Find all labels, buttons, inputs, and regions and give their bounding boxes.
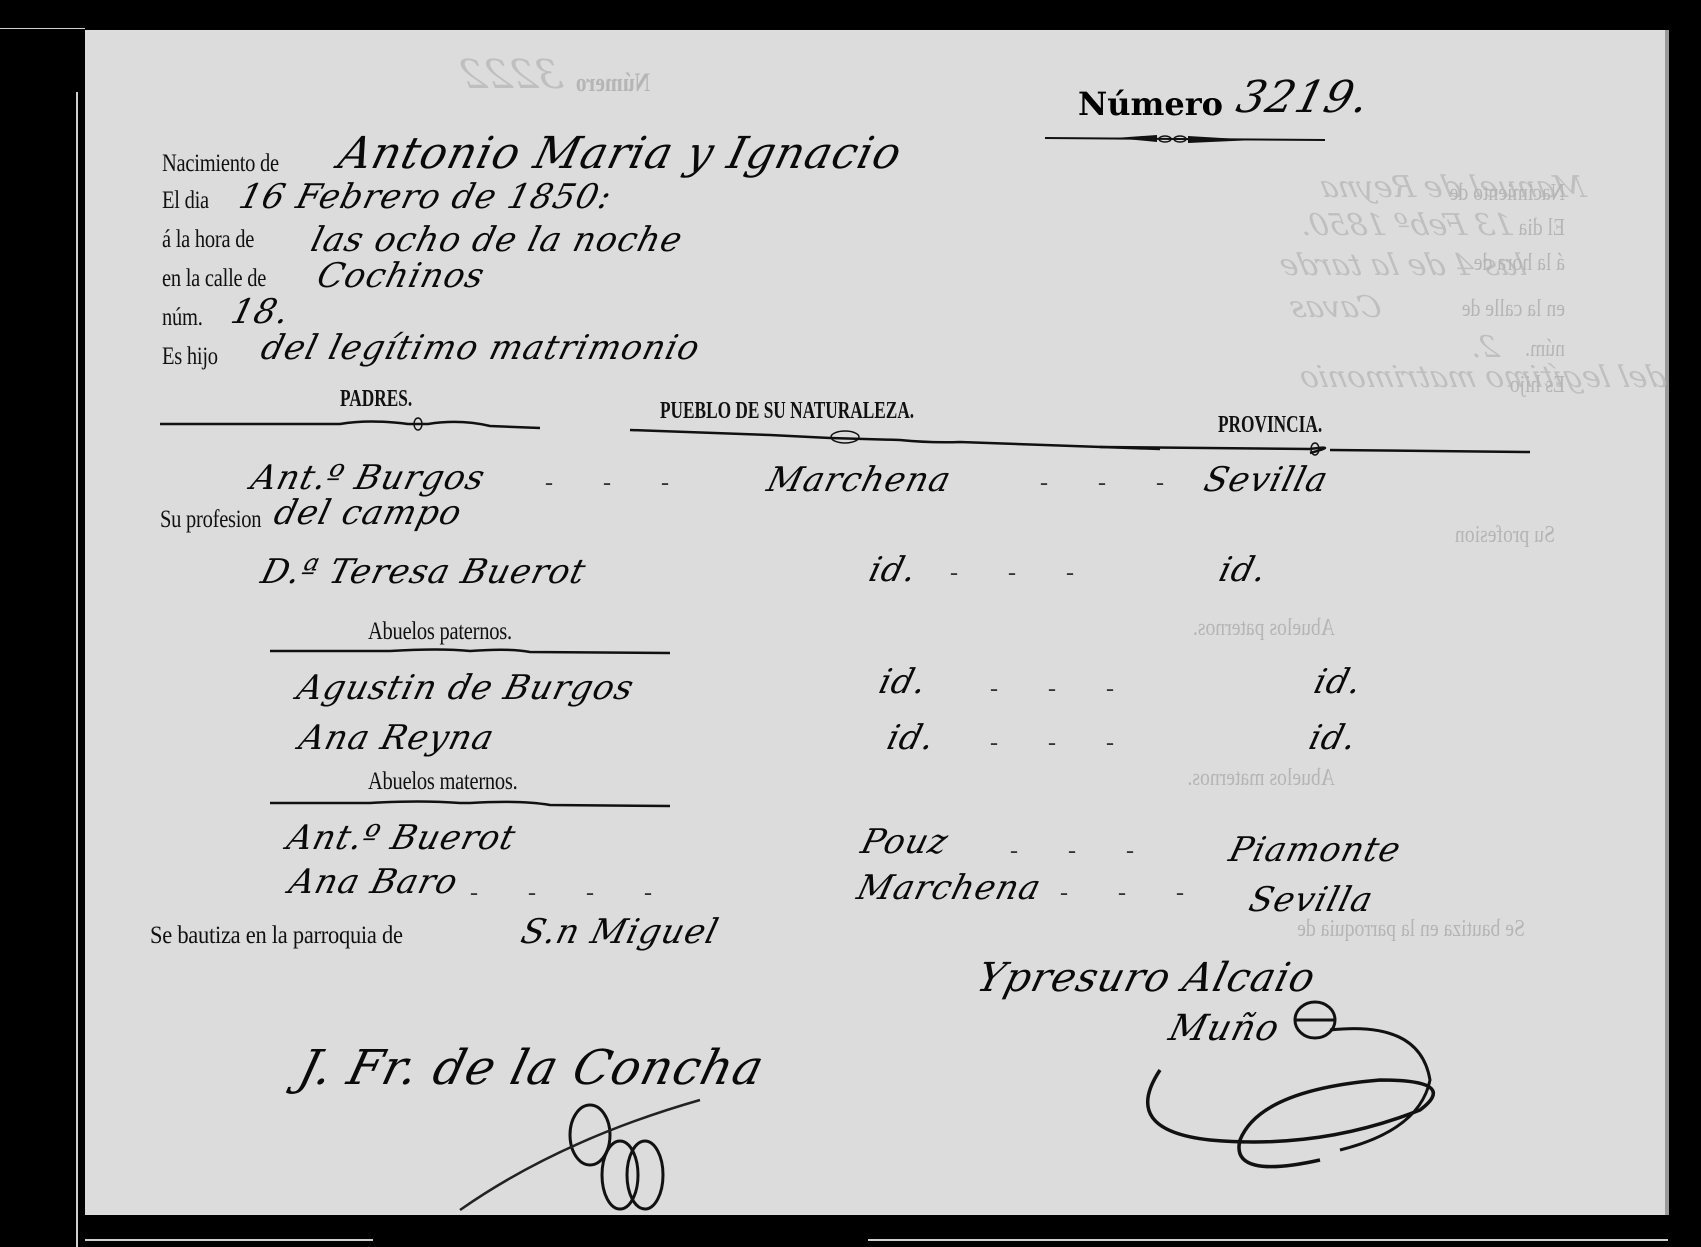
bleed-number-label: Número	[576, 68, 650, 98]
fill-dashes: - - -	[1040, 470, 1186, 497]
fill-dashes: - - -	[950, 560, 1096, 587]
abuela-paterna-name: Ana Reyna	[295, 718, 499, 758]
number-value: 3219.	[1232, 72, 1376, 123]
calle-label: en la calle de	[162, 265, 266, 293]
hijo-label: Es hijo	[162, 343, 218, 371]
nacimiento-value: Antonio Maria y Ignacio	[334, 128, 908, 179]
hora-label: á la hora de	[162, 226, 254, 254]
dia-label: El dia	[162, 187, 209, 215]
section-rule	[270, 648, 670, 656]
fill-dashes: - - -	[1060, 880, 1206, 907]
bautizo-label: Se bautiza en la parroquia de	[150, 922, 403, 950]
scan-border-line	[868, 1239, 1668, 1241]
signature-flourish-left	[440, 1080, 760, 1220]
bleed-label: Se bautiza en la parroquia de	[1297, 916, 1525, 943]
fill-dashes: - - -	[990, 730, 1136, 757]
page-edge	[1665, 30, 1669, 1215]
abuelos-maternos-label: Abuelos maternos.	[368, 768, 518, 796]
bleed-label: Abuelos maternos.	[1187, 765, 1335, 792]
abuelo-materno-provincia: Piamonte	[1225, 830, 1405, 870]
calle-value: Cochinos	[313, 256, 489, 296]
num-value: 18.	[227, 292, 294, 332]
signature-flourish-right	[1120, 990, 1460, 1170]
fill-dashes: - - -	[1010, 838, 1156, 865]
scan-border-line	[76, 92, 78, 1247]
bleed-value: Cavas	[1286, 290, 1385, 325]
scan-border-line	[0, 28, 85, 29]
bleed-label: núm.	[1525, 336, 1565, 363]
fill-dashes: - - -	[545, 470, 691, 497]
hora-value: las ocho de la noche	[307, 220, 687, 260]
abuela-materna-pueblo: Marchena	[853, 868, 1046, 908]
dia-value: 16 Febrero de 1850:	[235, 177, 616, 217]
bleed-label: Su profesion	[1455, 522, 1555, 549]
father-provincia: Sevilla	[1200, 460, 1332, 500]
father-name: Ant.º Burgos	[247, 458, 490, 498]
profesion-label: Su profesion	[160, 506, 261, 534]
bleed-number-value: 3222	[455, 52, 567, 98]
father-pueblo: Marchena	[763, 460, 956, 500]
bleed-value: del legítimo matrimonio	[1296, 360, 1669, 395]
header-ornamental-rule	[160, 415, 1530, 455]
bleed-label: en la calle de	[1462, 296, 1565, 323]
bleed-value: 13 Febº 1850.	[1296, 208, 1517, 243]
abuelo-paterno-name: Agustin de Burgos	[293, 668, 638, 708]
abuela-materna-provincia: Sevilla	[1245, 880, 1377, 920]
fill-dashes: - - -	[990, 676, 1136, 703]
abuelos-paternos-label: Abuelos paternos.	[368, 618, 512, 646]
abuela-materna-name: Ana Baro	[285, 862, 462, 902]
bleed-value: Manuel de Reyna	[1316, 170, 1589, 205]
fill-dashes: - - - -	[470, 880, 674, 907]
profesion-value: del campo	[270, 493, 466, 533]
abuelo-materno-name: Ant.º Buerot	[283, 818, 520, 858]
bleed-label: El dia	[1519, 215, 1565, 242]
bautizo-value: S.n Miguel	[517, 912, 723, 952]
column-header-padres: PADRES.	[340, 386, 412, 413]
scan-border-line	[85, 1239, 373, 1241]
section-rule	[270, 800, 670, 808]
bleed-label: Abuelos paternos.	[1193, 615, 1335, 642]
abuelo-materno-pueblo: Pouz	[857, 822, 953, 862]
number-label: Número	[1078, 85, 1223, 123]
num-label: núm.	[162, 304, 203, 332]
bleed-value: las 4 de la tarde	[1276, 248, 1529, 283]
hijo-value: del legítimo matrimonio	[257, 328, 704, 368]
ornamental-rule	[1045, 130, 1325, 146]
nacimiento-label: Nacimiento de	[162, 150, 279, 178]
mother-name: D.ª Teresa Buerot	[257, 552, 590, 592]
